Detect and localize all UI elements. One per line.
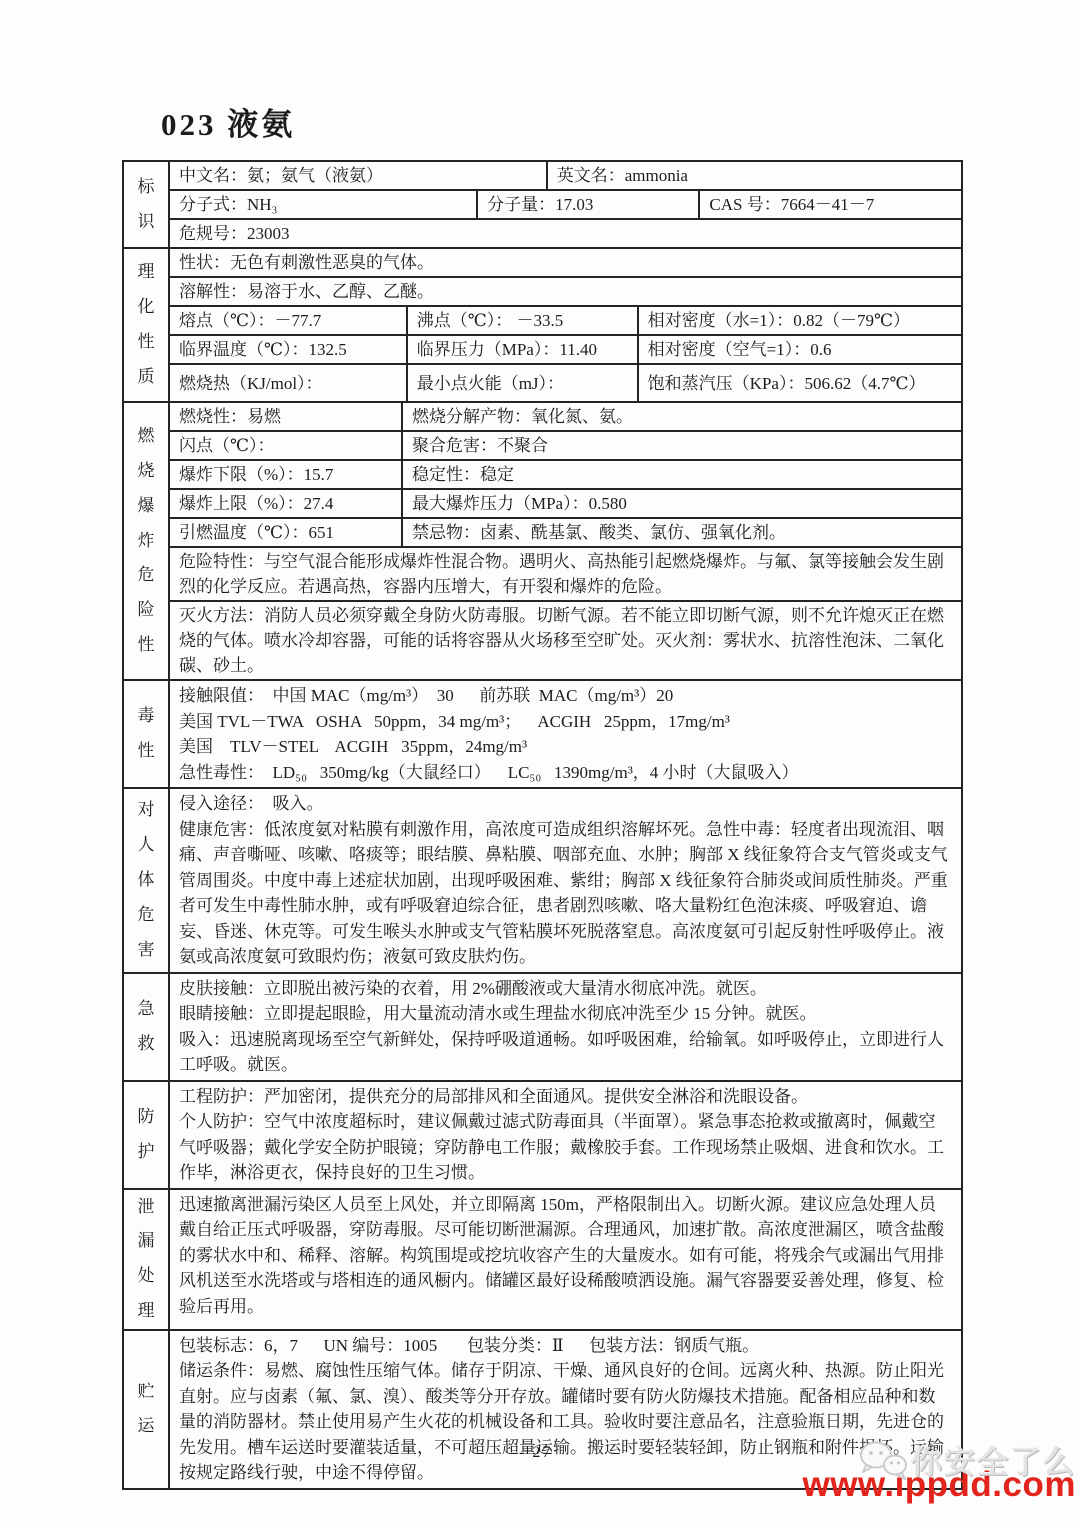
table-row: 闪点（℃）： 聚合危害：不聚合 (170, 430, 961, 459)
watermark: 你安全了么 www.ippdd.com (802, 1437, 1076, 1505)
section-leak-disposal: 泄漏处理 迅速撤离泄漏污染区人员至上风处，并立即隔离 150m，严格限制出入。切… (124, 1188, 961, 1329)
us-twa-line: 美国 TVL－TWA OSHA 50ppm，34 mg/m³； ACGIH 25… (179, 709, 952, 735)
section-label-identification: 标识 (124, 162, 170, 247)
page-number: - 27 (519, 1444, 552, 1462)
table-row: 溶解性：易溶于水、乙醇、乙醚。 (170, 276, 961, 305)
wechat-icon (857, 1439, 909, 1481)
section-fire-explosion: 燃烧爆炸危险性 燃烧性：易燃 燃烧分解产物：氧化氮、氨。 闪点（℃）： 聚合危害… (124, 401, 961, 679)
health-hazard-paragraph: 健康危害：低浓度氨对粘膜有刺激作用，高浓度可造成组织溶解坏死。急性中毒：轻度者出… (179, 817, 952, 970)
section-label-fire-explosion: 燃烧爆炸危险性 (124, 403, 170, 679)
exposure-limits-line: 接触限值： 中国 MAC（mg/m³） 30 前苏联 MAC（mg/m³）20 (179, 683, 952, 709)
skin-contact-paragraph: 皮肤接触：立即脱出被污染的衣着，用 2%硼酸液或大量清水彻底冲洗。就医。 (179, 976, 952, 1002)
cell-melting-point: 熔点（℃）：－77.7 (170, 307, 406, 334)
section-first-aid: 急救 皮肤接触：立即脱出被污染的衣着，用 2%硼酸液或大量清水彻底冲洗。就医。 … (124, 972, 961, 1080)
leak-disposal-paragraph: 迅速撤离泄漏污染区人员至上风处，并立即隔离 150m，严格限制出入。切断火源。建… (179, 1192, 952, 1320)
section-label-toxicity: 毒性 (124, 681, 170, 787)
table-row: 燃烧性：易燃 燃烧分解产物：氧化氮、氨。 (170, 403, 961, 430)
table-row: 燃烧热（KJ/mol）： 最小点火能（mJ）： 饱和蒸汽压（KPa）：506.6… (170, 363, 961, 401)
cell-flash-point: 闪点（℃）： (170, 432, 401, 459)
section-label-leak-disposal: 泄漏处理 (124, 1190, 170, 1329)
cell-upper-explosive-limit: 爆炸上限（%）：27.4 (170, 490, 401, 517)
table-row: 危规号：23003 (170, 218, 961, 247)
cell-relative-density-air: 相对密度（空气=1）：0.6 (637, 336, 961, 363)
table-row: 引燃温度（℃）：651 禁忌物：卤素、酰基氯、酸类、氯仿、强氧化剂。 (170, 517, 961, 546)
section-protection: 防护 工程防护：严加密闭，提供充分的局部排风和全面通风。提供安全淋浴和洗眼设备。… (124, 1080, 961, 1188)
cell-english-name: 英文名：ammonia (546, 162, 961, 189)
section-label-physical-chemical: 理化性质 (124, 249, 170, 401)
watermark-brand: 你安全了么 (911, 1437, 1076, 1482)
cell-critical-temperature: 临界温度（℃）：132.5 (170, 336, 406, 363)
section-label-health-hazards: 对人体危害 (124, 789, 170, 972)
section-label-first-aid: 急救 (124, 974, 170, 1080)
msds-table: 标识 中文名：氨；氨气（液氨） 英文名：ammonia 分子式：NH₃ 分子量：… (122, 160, 963, 1490)
cell-ignition-temperature: 引燃温度（℃）：651 (170, 519, 401, 546)
cell-min-ignition-energy: 最小点火能（mJ）： (406, 365, 637, 401)
cell-saturated-vapor-pressure: 饱和蒸汽压（KPa）：506.62（4.7℃） (637, 365, 961, 401)
cell-cas-number: CAS 号：7664－41－7 (698, 191, 961, 218)
acute-toxicity-line: 急性毒性： LD₅₀ 350mg/kg（大鼠经口） LC₅₀ 1390mg/m³… (179, 760, 952, 786)
cell-stability: 稳定性：稳定 (401, 461, 961, 488)
msds-page: 023 液氨 标识 中文名：氨；氨气（液氨） 英文名：ammonia 分子式：N… (0, 0, 1080, 1527)
cell-boiling-point: 沸点（℃）： －33.5 (406, 307, 637, 334)
page-title: 023 液氨 (161, 99, 295, 144)
inhalation-paragraph: 吸入：迅速脱离现场至空气新鲜处，保持呼吸道通畅。如呼吸困难，给输氧。如呼吸停止，… (179, 1027, 952, 1078)
table-row: 危险特性：与空气混合能形成爆炸性混合物。遇明火、高热能引起燃烧爆炸。与氟、氯等接… (170, 546, 961, 600)
cell-appearance: 性状：无色有刺激性恶臭的气体。 (170, 249, 961, 276)
cell-incompatibilities: 禁忌物：卤素、酰基氯、酸类、氯仿、强氧化剂。 (401, 519, 961, 546)
first-aid-content: 皮肤接触：立即脱出被污染的衣着，用 2%硼酸液或大量清水彻底冲洗。就医。 眼睛接… (170, 974, 961, 1080)
us-stel-line: 美国 TLV－STEL ACGIH 35ppm，24mg/m³ (179, 734, 952, 760)
invasion-route-paragraph: 侵入途径： 吸入。 (179, 791, 952, 817)
table-row: 灭火方法：消防人员必须穿戴全身防火防毒服。切断气源。若不能立即切断气源，则不允许… (170, 600, 961, 679)
cell-lower-explosive-limit: 爆炸下限（%）：15.7 (170, 461, 401, 488)
cell-hazard-characteristics: 危险特性：与空气混合能形成爆炸性混合物。遇明火、高热能引起燃烧爆炸。与氟、氯等接… (170, 548, 961, 600)
engineering-protection-paragraph: 工程防护：严加密闭，提供充分的局部排风和全面通风。提供安全淋浴和洗眼设备。 (179, 1084, 952, 1110)
eye-contact-paragraph: 眼睛接触：立即提起眼睑，用大量流动清水或生理盐水彻底冲洗至少 15 分钟。就医。 (179, 1001, 952, 1027)
section-toxicity: 毒性 接触限值： 中国 MAC（mg/m³） 30 前苏联 MAC（mg/m³）… (124, 679, 961, 787)
packaging-paragraph: 包装标志：6，7 UN 编号：1005 包装分类：Ⅱ 包装方法：钢质气瓶。 (179, 1333, 952, 1359)
cell-critical-pressure: 临界压力（MPa）：11.40 (406, 336, 637, 363)
section-label-protection: 防护 (124, 1082, 170, 1188)
cell-molecular-formula: 分子式：NH₃ (170, 191, 476, 218)
toxicity-content: 接触限值： 中国 MAC（mg/m³） 30 前苏联 MAC（mg/m³）20 … (170, 681, 961, 787)
table-row: 爆炸下限（%）：15.7 稳定性：稳定 (170, 459, 961, 488)
health-hazards-content: 侵入途径： 吸入。 健康危害：低浓度氨对粘膜有刺激作用，高浓度可造成组织溶解坏死… (170, 789, 961, 972)
section-label-storage-transport: 贮运 (124, 1331, 170, 1488)
table-row: 临界温度（℃）：132.5 临界压力（MPa）：11.40 相对密度（空气=1）… (170, 334, 961, 363)
cell-hazard-code: 危规号：23003 (170, 220, 961, 247)
section-health-hazards: 对人体危害 侵入途径： 吸入。 健康危害：低浓度氨对粘膜有刺激作用，高浓度可造成… (124, 787, 961, 972)
leak-disposal-content: 迅速撤离泄漏污染区人员至上风处，并立即隔离 150m，严格限制出入。切断火源。建… (170, 1190, 961, 1329)
cell-combustion-heat: 燃烧热（KJ/mol）： (170, 365, 406, 401)
table-row: 分子式：NH₃ 分子量：17.03 CAS 号：7664－41－7 (170, 189, 961, 218)
table-row: 中文名：氨；氨气（液氨） 英文名：ammonia (170, 162, 961, 189)
cell-molecular-weight: 分子量：17.03 (476, 191, 698, 218)
cell-flammability: 燃烧性：易燃 (170, 403, 401, 430)
personal-protection-paragraph: 个人防护：空气中浓度超标时，建议佩戴过滤式防毒面具（半面罩）。紧急事态抢救或撤离… (179, 1109, 952, 1186)
cell-relative-density-water: 相对密度（水=1）：0.82（－79℃） (637, 307, 961, 334)
cell-chinese-name: 中文名：氨；氨气（液氨） (170, 162, 546, 189)
section-physical-chemical: 理化性质 性状：无色有刺激性恶臭的气体。 溶解性：易溶于水、乙醇、乙醚。 熔点（… (124, 247, 961, 401)
section-identification: 标识 中文名：氨；氨气（液氨） 英文名：ammonia 分子式：NH₃ 分子量：… (124, 162, 961, 247)
table-row: 爆炸上限（%）：27.4 最大爆炸压力（MPa）：0.580 (170, 488, 961, 517)
table-row: 性状：无色有刺激性恶臭的气体。 (170, 249, 961, 276)
table-row: 熔点（℃）：－77.7 沸点（℃）： －33.5 相对密度（水=1）：0.82（… (170, 305, 961, 334)
cell-max-explosion-pressure: 最大爆炸压力（MPa）：0.580 (401, 490, 961, 517)
cell-firefighting-methods: 灭火方法：消防人员必须穿戴全身防火防毒服。切断气源。若不能立即切断气源，则不允许… (170, 602, 961, 679)
cell-polymerization-hazard: 聚合危害：不聚合 (401, 432, 961, 459)
cell-solubility: 溶解性：易溶于水、乙醇、乙醚。 (170, 278, 961, 305)
protection-content: 工程防护：严加密闭，提供充分的局部排风和全面通风。提供安全淋浴和洗眼设备。 个人… (170, 1082, 961, 1188)
cell-decomposition-products: 燃烧分解产物：氧化氮、氨。 (401, 403, 961, 430)
